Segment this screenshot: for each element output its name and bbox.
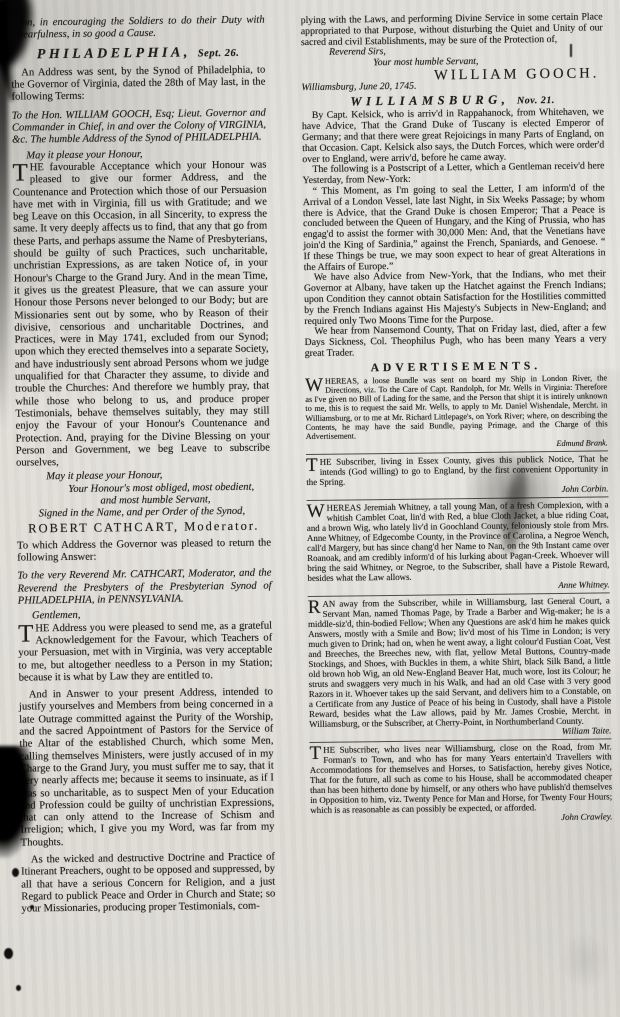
ad-essex-subscriber: THE Subscriber, living in Essex County, … [306, 453, 608, 497]
right-column: plying with the Laws, and performing Div… [301, 12, 613, 827]
address-heading: To the Hon. WILLIAM GOOCH, Esq; Lieut. G… [12, 107, 266, 147]
gooch-letter-continuation: plying with the Laws, and performing Div… [301, 12, 603, 48]
governor-answer-paragraph-1: THE Address you were pleased to send me,… [18, 620, 273, 685]
newspaper-page-scan: ation, in encouraging the Soldiers to do… [0, 0, 620, 1017]
ad-text: THE Subscriber, who lives near Williamsb… [310, 741, 613, 815]
synod-address-body: THE favourable Acceptance which your Hon… [12, 159, 270, 470]
ad-runaway-servant: RAN away from the Subscriber, while in W… [308, 595, 612, 739]
news-quoted-postscript: “ This Moment, as I'm going to seal the … [303, 183, 606, 273]
ad-text: WHEREAS, a loose Bundle was sent on boar… [305, 373, 608, 442]
news-date: Nov. 21. [517, 95, 555, 106]
synod-address-intro: An Address was sent, by the Synod of Phi… [11, 64, 265, 104]
ad-signature: William Taite. [554, 725, 612, 736]
answer-heading: To the very Reverend Mr. CATHCART, Moder… [17, 568, 271, 608]
newspaper-sheet: ation, in encouraging the Soldiers to do… [0, 0, 620, 1017]
governor-answer-paragraph-2: And in Answer to your present Address, i… [19, 687, 275, 850]
ad-text: WHEREAS Jeremiah Whitney, a tall young M… [307, 499, 610, 583]
news-city: WILLIAMSBURG, [350, 92, 509, 108]
ad-signature: Anne Whitney. [550, 579, 609, 590]
news-paragraph-kelsick: By Capt. Kelsick, who is arriv'd in Rapp… [302, 108, 605, 166]
dateline-city: PHILADELPHIA, [37, 45, 191, 62]
cathcart-signature: ROBERT CATHCART, Moderator. [17, 519, 271, 534]
ad-text: RAN away from the Subscriber, while in W… [308, 595, 612, 729]
governor-answer-paragraph-3: As the wicked and destructive Doctrine a… [21, 851, 276, 916]
answer-intro: To which Address the Governor was please… [17, 537, 271, 565]
philadelphia-dateline-heading: PHILADELPHIA, Sept. 26. [11, 46, 265, 62]
ad-jeremiah-whitney: WHEREAS Jeremiah Whitney, a tall young M… [307, 499, 610, 593]
ad-signature: John Corbin. [553, 483, 608, 494]
ad-text: THE Subscriber, living in Essex County, … [306, 453, 608, 487]
news-paragraph-pugh-death: We hear from Nansemond County, That on F… [304, 324, 606, 360]
ad-loose-bundle: WHEREAS, a loose Bundle was sent on boar… [305, 373, 608, 451]
advertisements-heading: ADVERTISEMENTS. [305, 360, 607, 374]
ad-lodging-notice: THE Subscriber, who lives near Williamsb… [310, 741, 613, 825]
news-paragraph-indians: We have also Advice from New-York, that … [304, 270, 607, 328]
dateline-date: Sept. 26. [198, 47, 240, 59]
ad-signature: John Crawley. [553, 811, 612, 822]
left-column: ation, in encouraging the Soldiers to do… [11, 15, 276, 917]
continuation-paragraph: ation, in encouraging the Soldiers to do… [11, 15, 265, 43]
ad-signature: Edmund Brank. [548, 438, 608, 448]
